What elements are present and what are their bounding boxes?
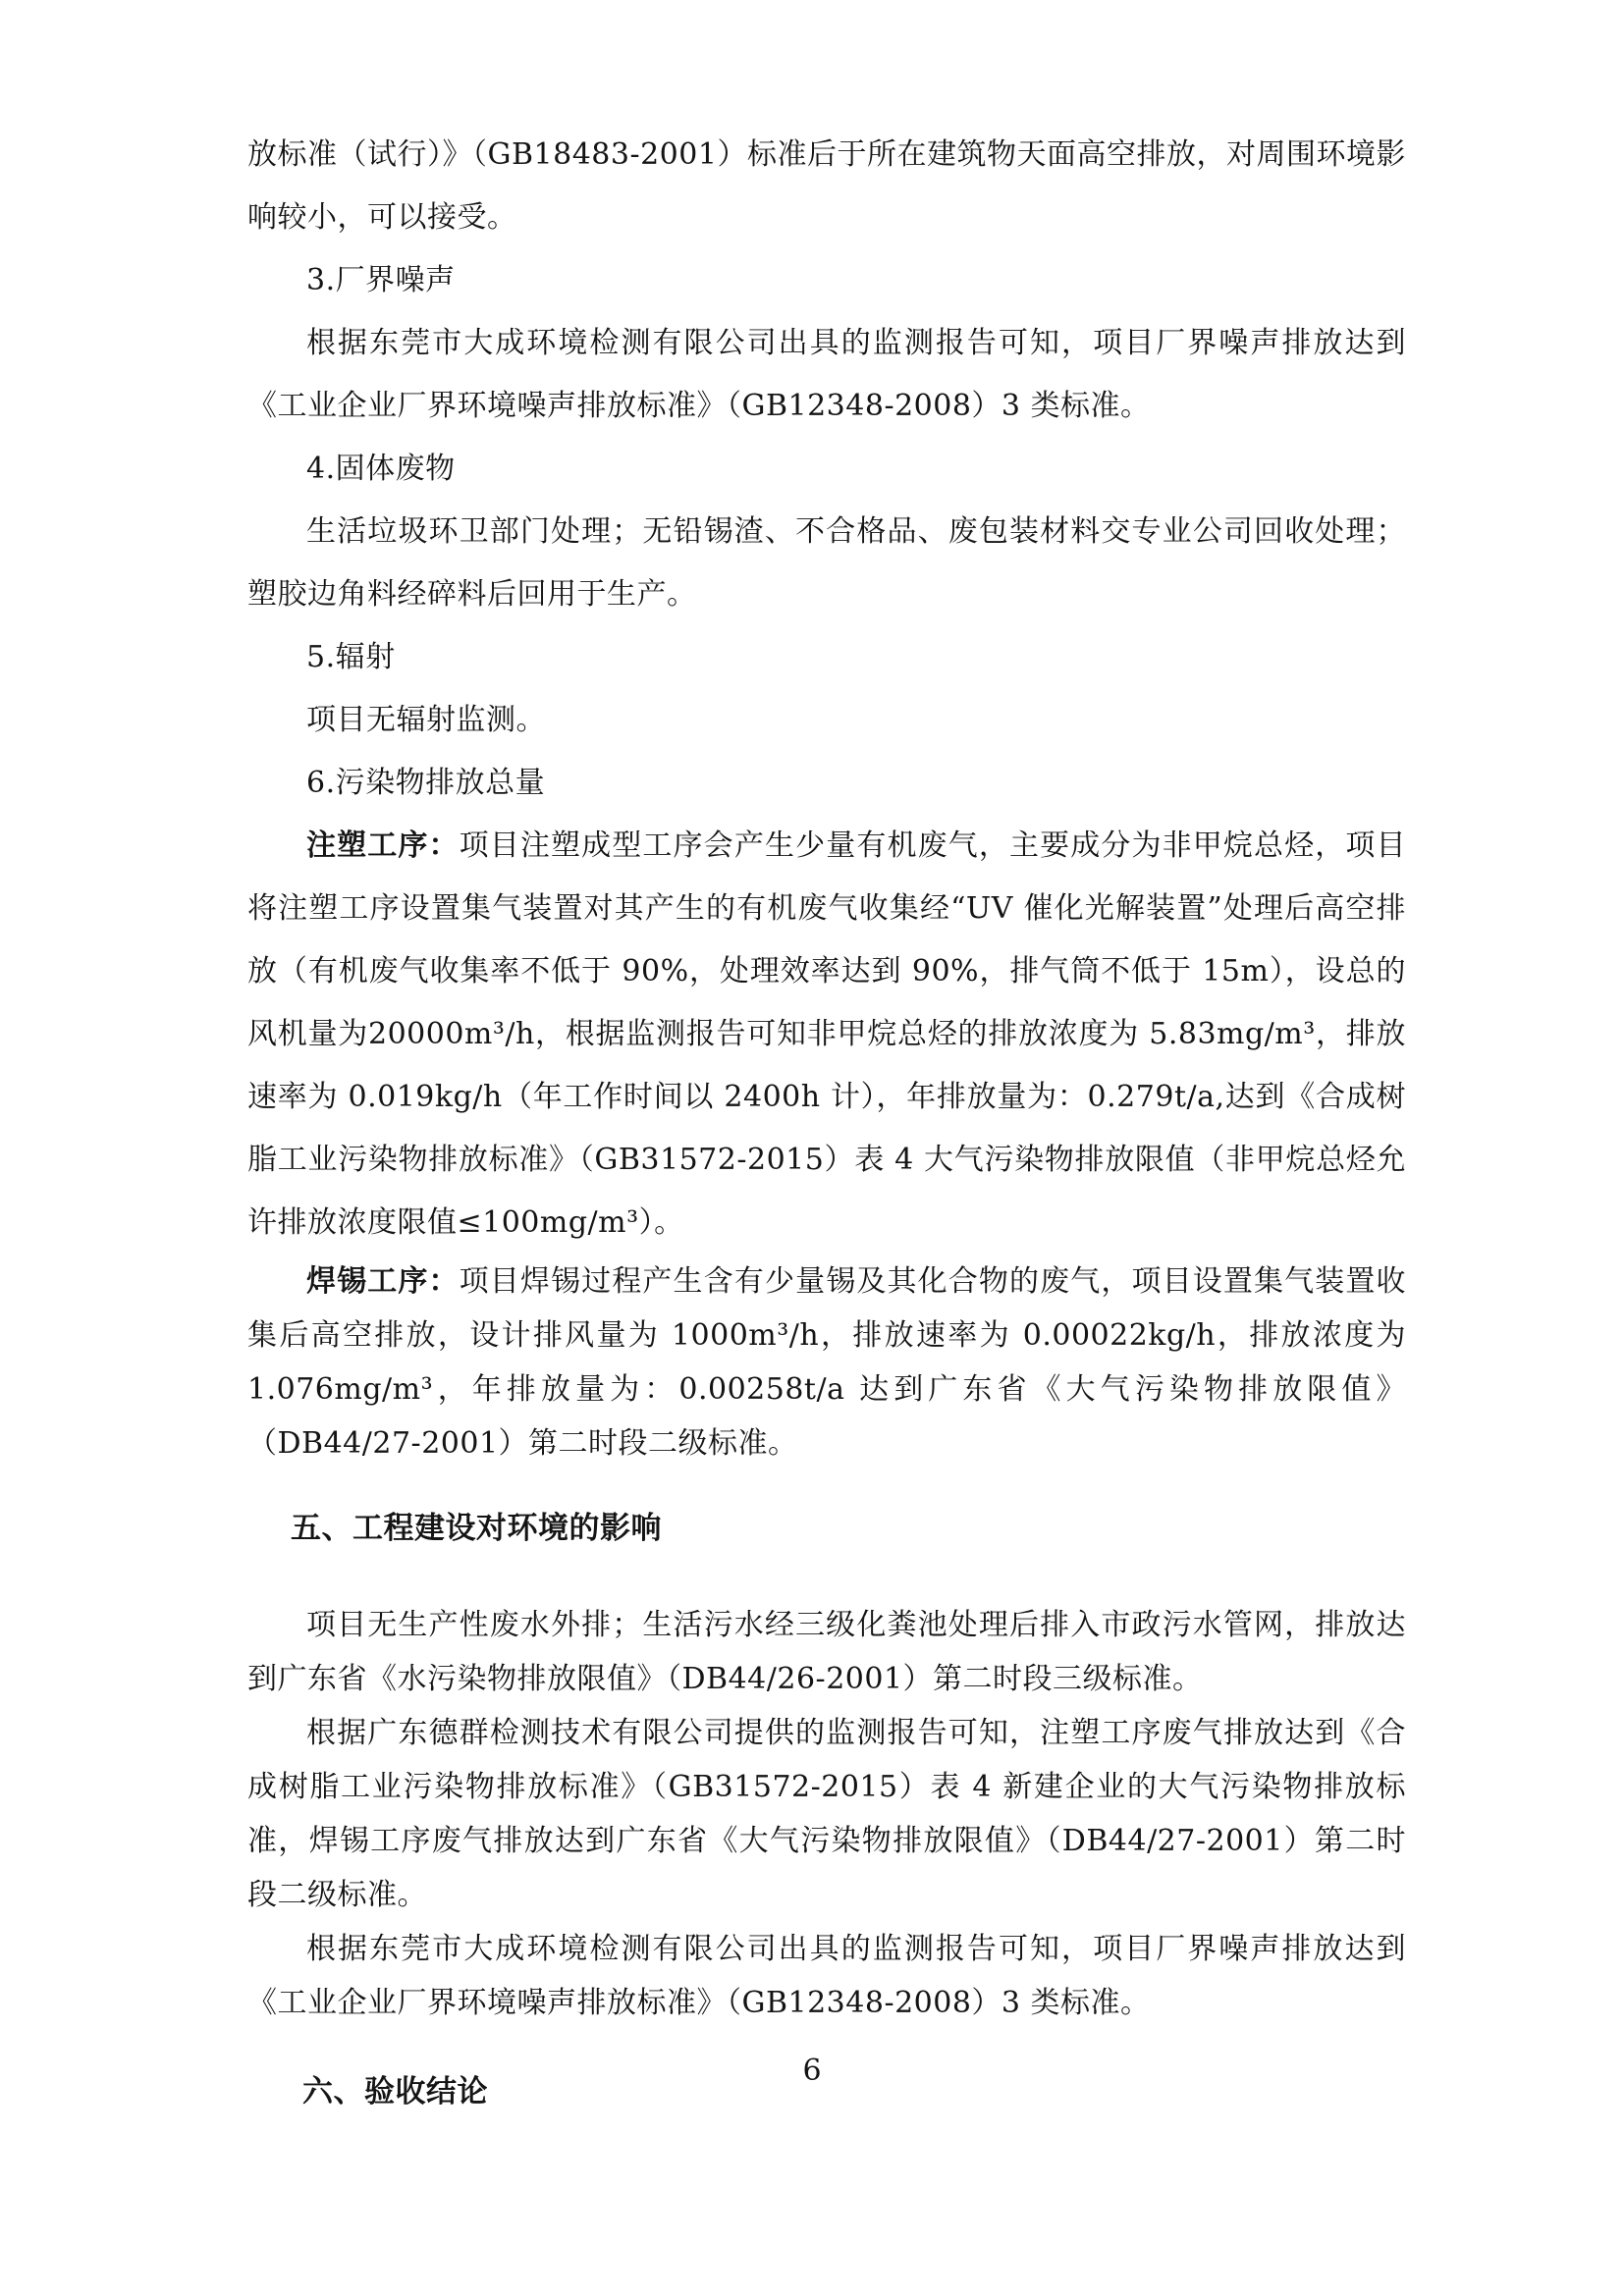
item-6-pollutant-total-title: 6.污染物排放总量 bbox=[247, 752, 1406, 815]
item-5-radiation-title: 5.辐射 bbox=[247, 626, 1406, 689]
paragraph-continued-exhaust-standard: 放标准（试行）》（GB18483-2001）标准后于所在建筑物天面高空排放，对周… bbox=[247, 124, 1406, 249]
item-4-solid-waste-title: 4.固体废物 bbox=[247, 438, 1406, 501]
document-page: 放标准（试行）》（GB18483-2001）标准后于所在建筑物天面高空排放，对周… bbox=[0, 0, 1624, 2296]
page-number: 6 bbox=[0, 2052, 1624, 2091]
injection-molding-paragraph: 注塑工序：项目注塑成型工序会产生少量有机废气，主要成分为非甲烷总烃，项目将注塑工… bbox=[247, 815, 1406, 1255]
soldering-paragraph: 焊锡工序：项目焊锡过程产生含有少量锡及其化合物的废气，项目设置集气装置收集后高空… bbox=[247, 1255, 1406, 1470]
item-5-radiation-body: 项目无辐射监测。 bbox=[247, 689, 1406, 752]
item-4-solid-waste-body: 生活垃圾环卫部门处理；无铅锡渣、不合格品、废包装材料交专业公司回收处理；塑胶边角… bbox=[247, 501, 1406, 626]
section-5-noise-monitoring-paragraph: 根据东莞市大成环境检测有限公司出具的监测报告可知，项目厂界噪声排放达到《工业企业… bbox=[247, 1922, 1406, 2030]
section-5-wastewater-paragraph: 项目无生产性废水外排；生活污水经三级化粪池处理后排入市政污水管网，排放达到广东省… bbox=[247, 1598, 1406, 1706]
section-5-heading: 五、工程建设对环境的影响 bbox=[291, 1500, 1406, 1557]
injection-molding-lead-label: 注塑工序： bbox=[306, 828, 460, 863]
item-3-factory-noise-title: 3.厂界噪声 bbox=[247, 249, 1406, 312]
soldering-lead-label: 焊锡工序： bbox=[306, 1264, 460, 1299]
page-content: 放标准（试行）》（GB18483-2001）标准后于所在建筑物天面高空排放，对周… bbox=[247, 124, 1406, 2120]
item-3-factory-noise-body: 根据东莞市大成环境检测有限公司出具的监测报告可知，项目厂界噪声排放达到《工业企业… bbox=[247, 312, 1406, 438]
section-5-exhaust-monitoring-paragraph: 根据广东德群检测技术有限公司提供的监测报告可知，注塑工序废气排放达到《合成树脂工… bbox=[247, 1706, 1406, 1922]
injection-molding-body-text: 项目注塑成型工序会产生少量有机废气，主要成分为非甲烷总烃，项目将注塑工序设置集气… bbox=[247, 828, 1406, 1240]
